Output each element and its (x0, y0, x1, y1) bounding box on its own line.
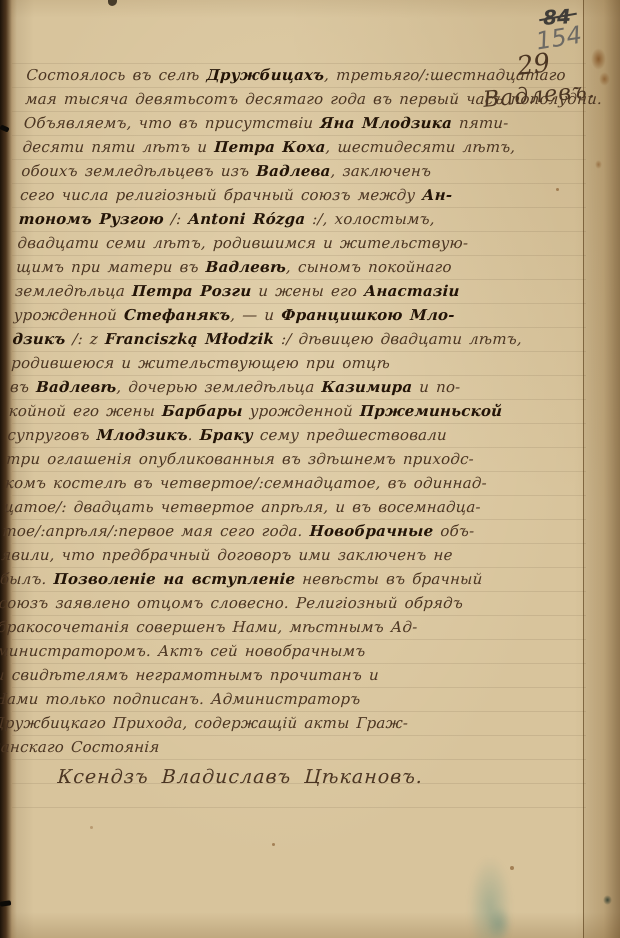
manuscript-segment: комъ костелѣ въ четвертое/:семнадцатое, … (5, 474, 488, 492)
teal-stain (468, 856, 512, 938)
manuscript-segment: тое/:апрѣля/:первое мая сего года. (2, 522, 310, 540)
manuscript-line: двадцати семи лѣтъ, родившимся и жительс… (17, 231, 484, 255)
manuscript-segment: тономъ Рузгою (18, 210, 164, 228)
manuscript-segment: объ- (433, 522, 475, 540)
manuscript-line: родившеюся и жительствующею при отцѣ (11, 351, 478, 375)
manuscript-segment: урожденной (242, 402, 360, 420)
manuscript-text: Состоялось въ селѣ Дружбицахъ, третьяго/… (0, 63, 493, 789)
manuscript-line: данскаго Состоянія (0, 735, 458, 759)
manuscript-segment: былъ. (0, 570, 54, 588)
manuscript-line: союзъ заявлено отцомъ словесно. Религіоз… (0, 591, 465, 615)
paper-speck (510, 866, 514, 870)
manuscript-segment: Новобрачные (309, 522, 434, 540)
manuscript-segment: союзъ заявлено отцомъ словесно. Религіоз… (0, 594, 464, 612)
manuscript-segment: Дружбицахъ (206, 66, 325, 84)
manuscript-segment: , дочерью земледѣльца (116, 378, 322, 396)
manuscript-line: урожденной Стефанякъ, — и Францишкою Мло… (13, 303, 480, 327)
manuscript-line: цатое/: двадцать четвертое апрѣля, и въ … (3, 495, 470, 519)
manuscript-segment: Вадлевѣ (205, 258, 286, 276)
manuscript-segment: двадцати семи лѣтъ, родившимся и жительс… (17, 234, 469, 252)
manuscript-line: Объявляемъ, что въ присутствіи Яна Млодз… (23, 111, 490, 135)
manuscript-segment: цатое/: двадцать четвертое апрѣля, и въ … (3, 498, 481, 516)
manuscript-segment: щимъ при матери въ (16, 258, 206, 276)
manuscript-segment: въ (10, 378, 37, 396)
manuscript-segment: Вадлевѣ (36, 378, 117, 396)
manuscript-line: комъ костелѣ въ четвертое/:семнадцатое, … (4, 471, 471, 495)
manuscript-segment: Antoni Rózga (188, 210, 306, 228)
register-page: 84 154 29 Вадлевъ. Состоялось въ селѣ Др… (0, 0, 620, 938)
manuscript-line: щимъ при матери въ Вадлевѣ, сыномъ покой… (16, 255, 483, 279)
manuscript-segment: данскаго Состоянія (0, 738, 160, 756)
manuscript-line: Состоялось въ селѣ Дружбицахъ, третьяго/… (26, 63, 493, 87)
page-edge-strip (583, 0, 620, 938)
paper-speck (556, 188, 559, 191)
manuscript-line: дзикъ /: z Franciszką Młodzik :/ дѣвицею… (12, 327, 479, 351)
manuscript-segment: родившеюся и жительствующею при отцѣ (11, 354, 391, 372)
manuscript-segment: :/ дѣвицею двадцати лѣтъ, (274, 330, 523, 348)
manuscript-segment: Пржеминьской (359, 402, 502, 420)
manuscript-line: Нами только подписанъ. Администраторъ (0, 687, 460, 711)
paper-speck (272, 843, 275, 846)
manuscript-line: мая тысяча девятьсотъ десятаго года въ п… (24, 87, 491, 111)
manuscript-segment: Состоялось въ селѣ (26, 66, 207, 84)
manuscript-segment: три оглашенія опубликованныя въ здѣшнемъ… (6, 450, 475, 468)
manuscript-segment: земледѣльца (15, 282, 133, 300)
manuscript-segment: Браку (199, 426, 253, 444)
manuscript-segment: невѣсты въ брачный (295, 570, 483, 588)
manuscript-segment: Францишкою Мло- (281, 306, 455, 324)
manuscript-line: сего числа религіозный брачный союзъ меж… (19, 183, 486, 207)
manuscript-segment: Дружбицкаго Прихода, содержащій акты Гра… (0, 714, 409, 732)
manuscript-segment: , заключенъ (330, 162, 432, 180)
manuscript-segment: бракосочетанія совершенъ Нами, мѣстнымъ … (0, 618, 418, 636)
paper-speck (90, 826, 93, 829)
teal-stain (486, 906, 512, 938)
manuscript-segment: Franciszką Młodzik (105, 330, 275, 348)
manuscript-segment: , третьяго/:шестнадцатаго (324, 66, 566, 84)
manuscript-line: бракосочетанія совершенъ Нами, мѣстнымъ … (0, 615, 464, 639)
manuscript-segment: мая тысяча девятьсотъ десятаго года въ п… (25, 90, 603, 108)
manuscript-line: министраторомъ. Актъ сей новобрачнымъ (0, 639, 463, 663)
manuscript-line: койной его жены Барбары урожденной Пржем… (8, 399, 475, 423)
manuscript-segment: , сыномъ покойнаго (286, 258, 453, 276)
manuscript-segment: сего числа религіозный брачный союзъ меж… (20, 186, 423, 204)
manuscript-segment: дзикъ (12, 330, 66, 348)
manuscript-segment: Стефанякъ (124, 306, 231, 324)
manuscript-segment: Петра Коха (214, 138, 326, 156)
manuscript-line: въ Вадлевѣ, дочерью земледѣльца Казимира… (9, 375, 476, 399)
manuscript-segment: и свидѣтелямъ неграмотнымъ прочитанъ и (0, 666, 379, 684)
manuscript-segment: , — и (230, 306, 282, 324)
manuscript-segment: Нами только подписанъ. Администраторъ (0, 690, 361, 708)
manuscript-segment: Анастазіи (364, 282, 461, 300)
manuscript-segment: Млодзикъ (96, 426, 188, 444)
manuscript-segment: , шестидесяти лѣтъ, (325, 138, 516, 156)
manuscript-segment: Ан- (422, 186, 453, 204)
manuscript-line: былъ. Позволеніе на вступленіе невѣсты в… (0, 567, 467, 591)
manuscript-line: три оглашенія опубликованныя въ здѣшнемъ… (6, 447, 473, 471)
manuscript-segment: Казимира (321, 378, 413, 396)
manuscript-segment: министраторомъ. Актъ сей новобрачнымъ (0, 642, 366, 660)
manuscript-segment: койной его жены (8, 402, 162, 420)
manuscript-segment: десяти пяти лѣтъ и (22, 138, 215, 156)
manuscript-segment: Объявляемъ, что въ присутствіи (23, 114, 320, 132)
manuscript-segment: Позволеніе на вступленіе (53, 570, 296, 588)
manuscript-line: тономъ Рузгою /: Antoni Rózga :/, холост… (18, 207, 485, 231)
priest-signature: Ксендзъ Владиславъ Цѣкановъ. (57, 765, 456, 789)
manuscript-segment: Петра Розги (132, 282, 252, 300)
manuscript-segment: :/, холостымъ, (305, 210, 435, 228)
manuscript-segment: /: z (65, 330, 105, 348)
manuscript-segment: сему предшествовали (252, 426, 447, 444)
manuscript-line: и свидѣтелямъ неграмотнымъ прочитанъ и (0, 663, 462, 687)
manuscript-line: супруговъ Млодзикъ. Браку сему предшеств… (7, 423, 474, 447)
manuscript-segment: и по- (412, 378, 461, 396)
manuscript-line: тое/:апрѣля/:первое мая сего года. Новоб… (2, 519, 469, 543)
manuscript-line: десяти пяти лѣтъ и Петра Коха, шестидеся… (22, 135, 489, 159)
manuscript-segment: /: (163, 210, 188, 228)
manuscript-segment: и жены его (251, 282, 365, 300)
manuscript-line: явили, что предбрачный договоръ ими закл… (1, 543, 468, 567)
ink-mark (108, 0, 117, 6)
manuscript-segment: обоихъ земледѣльцевъ изъ (21, 162, 257, 180)
manuscript-segment: урожденной (13, 306, 124, 324)
manuscript-segment: Яна Млодзика (320, 114, 453, 132)
manuscript-line: земледѣльца Петра Розги и жены его Анаст… (14, 279, 481, 303)
manuscript-segment: супруговъ (7, 426, 97, 444)
manuscript-segment: пяти- (452, 114, 509, 132)
manuscript-line: Дружбицкаго Прихода, содержащій акты Гра… (0, 711, 459, 735)
manuscript-line: обоихъ земледѣльцевъ изъ Вадлева, заключ… (21, 159, 488, 183)
manuscript-segment: явили, что предбрачный договоръ ими закл… (1, 546, 453, 564)
manuscript-segment: Вадлева (256, 162, 331, 180)
manuscript-segment: Барбары (162, 402, 244, 420)
